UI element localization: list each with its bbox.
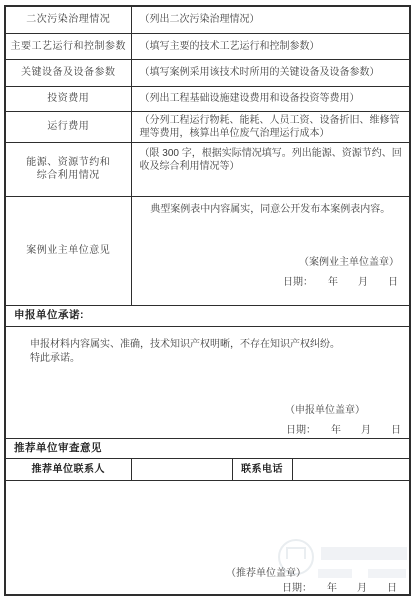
owner-stamp-note: （案例业主单位盖章）: [299, 256, 399, 269]
row-label-process-parameters: 主要工艺运行和控制参数: [5, 33, 131, 59]
watermark-building-icon: [286, 547, 306, 559]
table-row: 推荐单位联系人 联系电话: [5, 458, 410, 480]
row-content-operating-cost: （分列工程运行物耗、能耗、人员工资、设备折旧、维修管理等费用，核算出单位废气治理…: [131, 111, 410, 142]
recommend-contact-input[interactable]: [131, 458, 232, 480]
table-row: 主要工艺运行和控制参数 （填写主要的技术工艺运行和控制参数）: [5, 33, 410, 59]
table-row: 案例业主单位意见 典型案例表中内容属实，同意公开发布本案例表内容。 （案例业主单…: [5, 196, 410, 305]
table-row: （推荐单位盖章） 日期： 年 月 日: [5, 480, 410, 595]
owner-opinion-label: 案例业主单位意见: [5, 196, 131, 305]
declaration-stamp-note: （申报单位盖章）: [285, 404, 365, 417]
phone-input[interactable]: [292, 458, 410, 480]
row-label-secondary-pollution: 二次污染治理情况: [5, 6, 131, 33]
table-row: 关键设备及设备参数 （填写案例采用该技术时所用的关键设备及设备参数）: [5, 59, 410, 86]
row-content-key-equipment: （填写案例采用该技术时所用的关键设备及设备参数）: [131, 59, 410, 86]
row-label-operating-cost: 运行费用: [5, 111, 131, 142]
owner-date-line: 日期： 年 月 日: [283, 276, 398, 289]
recommend-date-line: 日期： 年 月 日: [282, 582, 397, 595]
table-row: 能源、资源节约和 综合利用情况 （限 300 字，根据实际情况填写。列出能源、资…: [5, 142, 410, 196]
declaration-date-line: 日期： 年 月 日: [286, 424, 401, 437]
table-row: 申报单位承诺:: [5, 305, 410, 326]
row-label-investment-cost: 投资费用: [5, 86, 131, 111]
document-sheet: 二次污染治理情况 （列出二次污染治理情况） 主要工艺运行和控制参数 （填写主要的…: [0, 0, 413, 596]
watermark-text-block: [318, 569, 352, 578]
watermark-text-block: [368, 569, 406, 578]
row-content-resource-saving: （限 300 字，根据实际情况填写。列出能源、资源节约、回收及综合利用情况等）: [131, 142, 410, 196]
owner-opinion-cell[interactable]: 典型案例表中内容属实，同意公开发布本案例表内容。 （案例业主单位盖章） 日期： …: [131, 196, 410, 305]
owner-statement: 典型案例表中内容属实，同意公开发布本案例表内容。: [132, 203, 410, 216]
row-label-resource-saving: 能源、资源节约和 综合利用情况: [5, 142, 131, 196]
phone-label: 联系电话: [232, 458, 292, 480]
row-content-investment-cost: （列出工程基础设施建设费用和设备投资等费用）: [131, 86, 410, 111]
row-label-key-equipment: 关键设备及设备参数: [5, 59, 131, 86]
row-content-process-parameters: （填写主要的技术工艺运行和控制参数）: [131, 33, 410, 59]
watermark-text-block: [321, 547, 407, 560]
declaration-line2: 特此承诺。: [30, 352, 80, 365]
application-form-table: 二次污染治理情况 （列出二次污染治理情况） 主要工艺运行和控制参数 （填写主要的…: [4, 5, 411, 596]
table-row: 推荐单位审查意见: [5, 438, 410, 458]
table-row: 运行费用 （分列工程运行物耗、能耗、人员工资、设备折旧、维修管理等费用，核算出单…: [5, 111, 410, 142]
table-row: 申报材料内容属实、准确，技术知识产权明晰，不存在知识产权纠纷。 特此承诺。 （申…: [5, 326, 410, 438]
declaration-line1: 申报材料内容属实、准确，技术知识产权明晰，不存在知识产权纠纷。: [30, 338, 405, 351]
row-content-secondary-pollution: （列出二次污染治理情况）: [131, 6, 410, 33]
recommend-stamp-note: （推荐单位盖章）: [226, 567, 306, 580]
recommend-opinion-area[interactable]: （推荐单位盖章） 日期： 年 月 日: [5, 480, 410, 595]
declaration-body-cell: 申报材料内容属实、准确，技术知识产权明晰，不存在知识产权纠纷。 特此承诺。 （申…: [5, 326, 410, 438]
declaration-header: 申报单位承诺:: [5, 305, 410, 326]
recommend-contact-label: 推荐单位联系人: [5, 458, 131, 480]
table-row: 投资费用 （列出工程基础设施建设费用和设备投资等费用）: [5, 86, 410, 111]
recommend-review-header: 推荐单位审查意见: [5, 438, 410, 458]
table-row: 二次污染治理情况 （列出二次污染治理情况）: [5, 6, 410, 33]
